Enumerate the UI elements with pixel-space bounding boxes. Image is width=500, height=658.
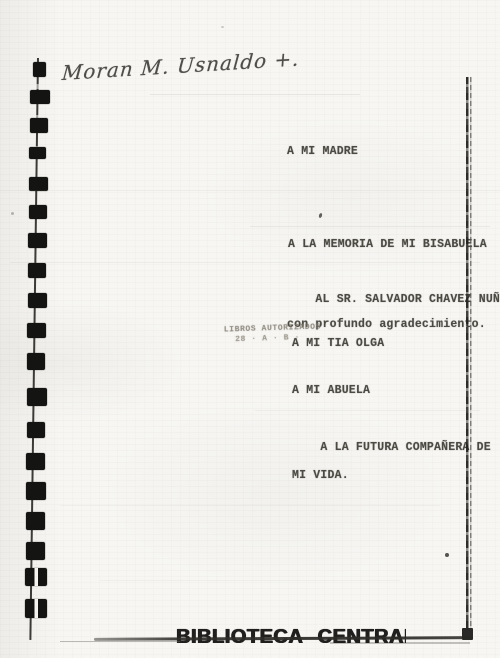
library-stamp: LIBROS AUTORIZADOS 28 · A · B · — [224, 322, 322, 345]
binding-hole — [29, 205, 47, 219]
binding-hole — [26, 512, 45, 530]
scan-streak — [0, 190, 500, 191]
dedication-future-companion: A LA FUTURA COMPAÑERA DE MI VIDA. — [292, 427, 491, 511]
binding-hole — [27, 388, 47, 406]
binding-hole — [26, 453, 45, 470]
dedication-line: MI VIDA. — [292, 469, 491, 483]
ink-speck — [11, 212, 14, 215]
binding-hole — [27, 323, 46, 338]
bottom-rule-faint-left — [60, 641, 180, 642]
footer-clip: BIBLIOTECA CENTRAL — [176, 626, 406, 643]
page-edge-vertical-line — [466, 77, 472, 638]
binding-hole — [29, 177, 48, 191]
scanned-document-page: Moran M. Usnaldo +. A MI MADRE A LA MEMO… — [0, 0, 500, 658]
binding-hole — [28, 263, 46, 278]
binding-hole — [26, 482, 46, 500]
binding-hole — [29, 147, 46, 159]
binding-hole — [30, 90, 50, 104]
ink-speck — [221, 26, 224, 28]
biblioteca-central-label: BIBLIOTECA CENTRAL — [176, 626, 406, 643]
binding-hole — [33, 62, 46, 77]
scan-streak — [250, 226, 490, 227]
binding-hole — [28, 233, 47, 248]
scan-streak — [10, 262, 480, 263]
ink-speck — [445, 553, 449, 557]
binding-hole — [27, 353, 45, 370]
scan-streak — [150, 94, 360, 95]
dedication-line: AL SR. SALVADOR CHAVEZ NUÑEZ — [315, 293, 500, 306]
ink-speck — [318, 213, 322, 219]
binding-hole — [26, 542, 45, 560]
dedication-great-grandmother: A LA MEMORIA DE MI BISABUELA — [288, 239, 487, 252]
binding-hole — [30, 118, 48, 133]
binding-hole — [27, 422, 45, 438]
binding-hole — [28, 293, 47, 308]
binding-hole — [25, 599, 47, 618]
dedication-mother: A MI MADRE — [287, 146, 358, 159]
handwritten-author-name: Moran M. Usnaldo +. — [61, 50, 243, 85]
dedication-grandmother: A MI ABUELA — [292, 385, 370, 398]
stamp-line: LIBROS AUTORIZADOS — [224, 322, 321, 334]
binding-hole — [25, 568, 47, 586]
scan-streak — [255, 410, 480, 411]
scan-streak — [100, 580, 400, 581]
